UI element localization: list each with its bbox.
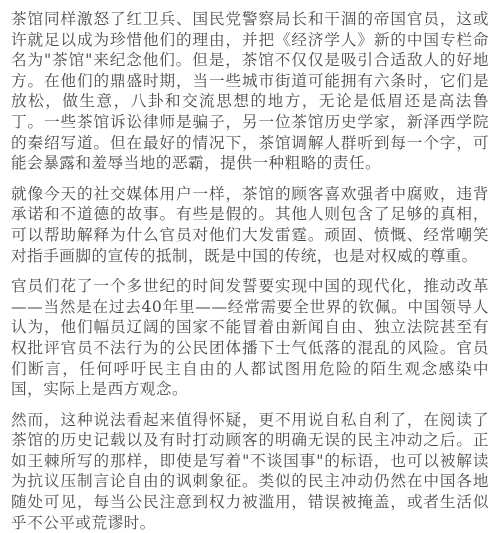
paragraph-social-media: 就像今天的社交媒体用户一样，茶馆的顾客喜欢强者中腐败，违背承诺和不道德的故事。有… [11, 184, 489, 266]
paragraph-modernization: 官员们花了一个多世纪的时间发誓要实现中国的现代化，推动改革——当然是在过去40年… [11, 276, 489, 400]
paragraph-teahouse-history: 茶馆同样激怒了红卫兵、国民党警察局长和干涸的帝国官员，这或许就足以成为珍惜他们的… [11, 9, 489, 174]
paragraph-democratic-impulse: 然而，这种说法看起来值得怀疑，更不用说自私自利了，在阅读了茶馆的历史记载以及有时… [11, 410, 489, 456]
article-body: 茶馆同样激怒了红卫兵、国民党警察局长和干涸的帝国官员，这或许就足以成为珍惜他们的… [11, 9, 489, 456]
